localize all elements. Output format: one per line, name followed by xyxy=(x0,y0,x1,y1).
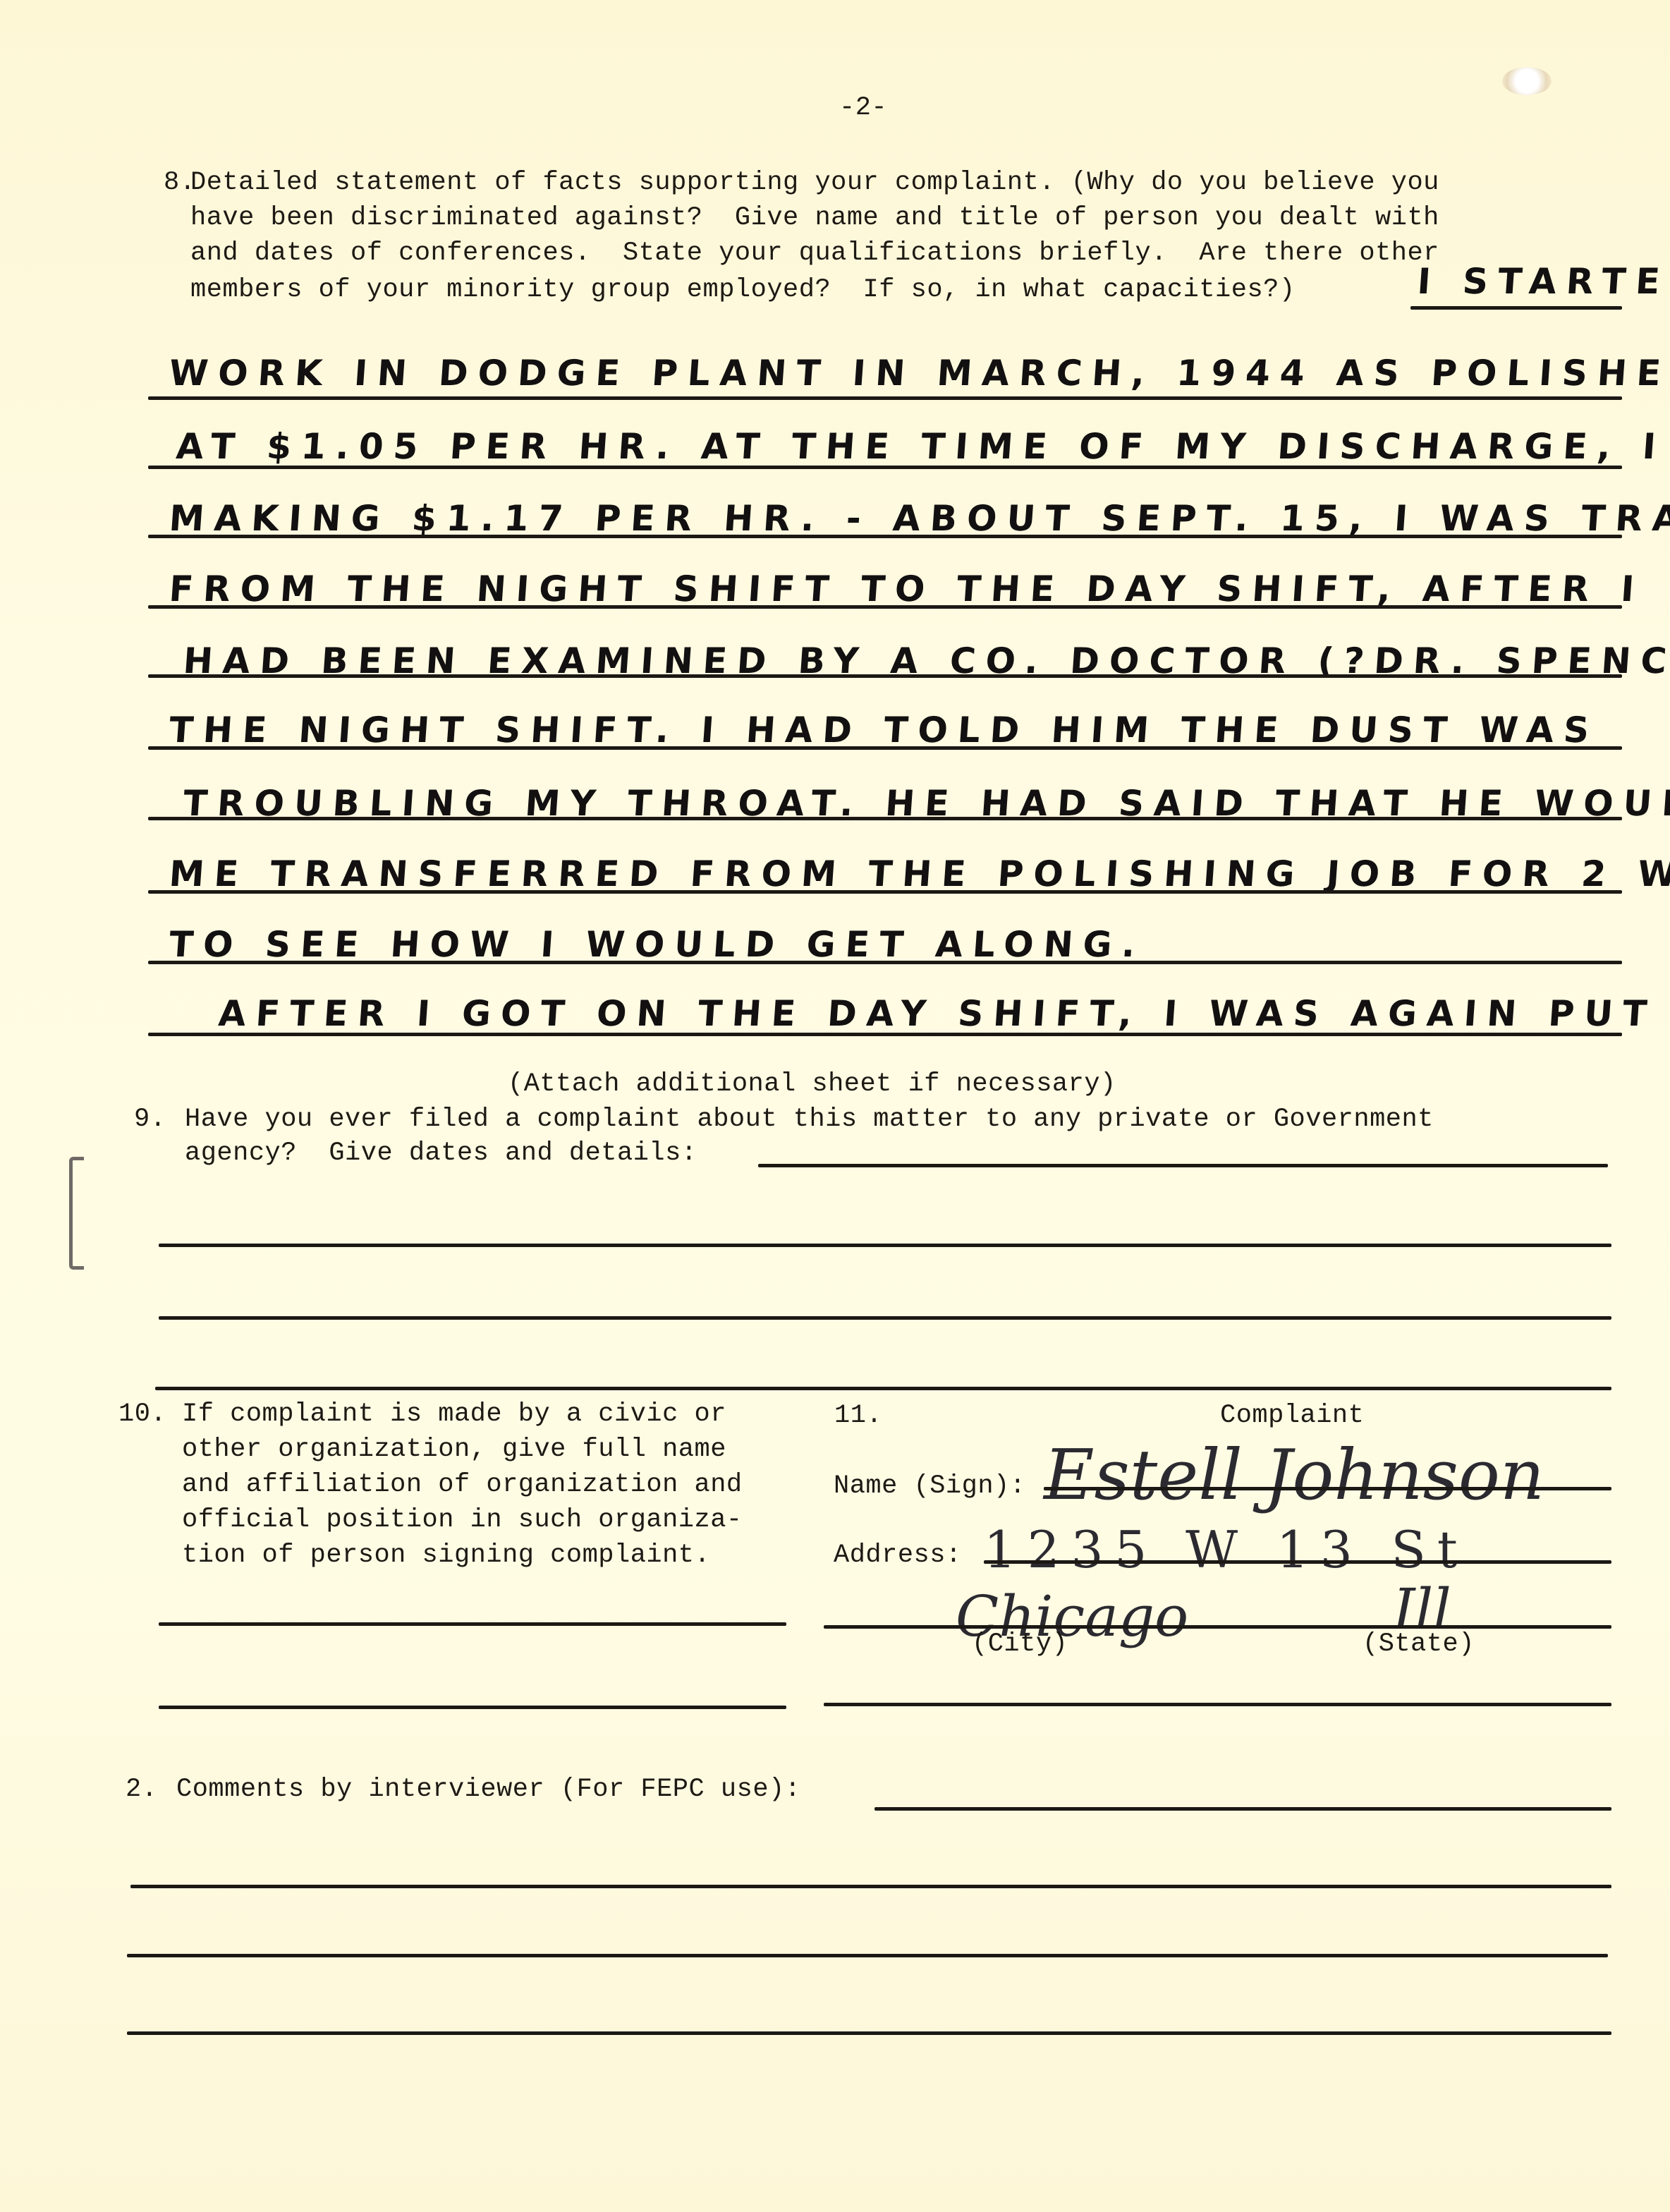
q9-answer-line[interactable] xyxy=(155,1387,1611,1390)
q10-number: 10. xyxy=(118,1397,166,1432)
answer-line xyxy=(148,890,1622,894)
q10-prompt-line-3: and affiliation of organization and xyxy=(182,1467,743,1502)
answer-line xyxy=(148,605,1622,609)
q9-answer-line[interactable] xyxy=(159,1244,1611,1247)
page-number: -2- xyxy=(839,90,887,126)
document-page: -2- 8. Detailed statement of facts suppo… xyxy=(0,0,1670,2212)
q10-answer-line[interactable] xyxy=(159,1706,786,1709)
q8-answer-line-6[interactable]: THE NIGHT SHIFT. I HAD TOLD HIM THE DUST… xyxy=(168,710,1600,750)
address-label: Address: xyxy=(834,1538,962,1573)
q8-answer-start[interactable]: I STARTED xyxy=(1416,261,1670,302)
address-value[interactable]: 1235 W 13 St xyxy=(984,1520,1469,1579)
signature[interactable]: Estell Johnson xyxy=(1044,1435,1544,1516)
answer-line xyxy=(1410,306,1622,310)
q8-answer-line-2[interactable]: AT $1.05 PER HR. AT THE TIME OF MY DISCH… xyxy=(175,426,1670,467)
state-label: (State) xyxy=(1363,1627,1475,1662)
answer-line xyxy=(148,674,1622,678)
answer-line xyxy=(148,817,1622,820)
q9-answer-line[interactable] xyxy=(758,1164,1608,1167)
q9-prompt-line-1: Have you ever filed a complaint about th… xyxy=(185,1102,1434,1137)
q8-answer-line-1[interactable]: WORK IN DODGE PLANT IN MARCH, 1944 AS PO… xyxy=(168,353,1670,394)
q10-answer-line[interactable] xyxy=(159,1622,786,1626)
q8-answer-line-3[interactable]: MAKING $1.17 PER HR. - ABOUT SEPT. 15, I… xyxy=(168,498,1670,539)
q12-answer-line[interactable] xyxy=(130,1885,1611,1888)
q10-prompt-line-2: other organization, give full name xyxy=(182,1432,726,1467)
q8-answer-line-10[interactable]: AFTER I GOT ON THE DAY SHIFT, I WAS AGAI… xyxy=(217,993,1658,1034)
staple-icon xyxy=(69,1157,84,1270)
q12-label: Comments by interviewer (For FEPC use): xyxy=(176,1772,800,1807)
q9-prompt-line-2: agency? Give dates and details: xyxy=(185,1136,697,1171)
attach-note: (Attach additional sheet if necessary) xyxy=(508,1066,1116,1102)
q10-prompt-line-4: official position in such organiza- xyxy=(182,1502,743,1538)
q8-prompt-line-2: have been discriminated against? Give na… xyxy=(190,200,1439,236)
q8-prompt-line-1: Detailed statement of facts supporting y… xyxy=(190,165,1439,200)
answer-line xyxy=(148,535,1622,538)
q11-heading: Complaint xyxy=(1220,1398,1364,1433)
q9-answer-line[interactable] xyxy=(159,1316,1611,1320)
q10-prompt-line-1: If complaint is made by a civic or xyxy=(182,1397,726,1432)
q11-extra-line xyxy=(824,1703,1611,1706)
q12-answer-line[interactable] xyxy=(127,1954,1608,1957)
name-line xyxy=(1044,1487,1611,1490)
answer-line xyxy=(148,961,1622,964)
q12-answer-line[interactable] xyxy=(874,1807,1611,1811)
q11-number: 11. xyxy=(834,1398,882,1433)
q8-answer-line-4[interactable]: FROM THE NIGHT SHIFT TO THE DAY SHIFT, A… xyxy=(168,569,1645,609)
answer-line xyxy=(148,466,1622,469)
city-state-line xyxy=(824,1625,1611,1629)
paper-stain xyxy=(1502,67,1552,95)
answer-line xyxy=(148,1033,1622,1036)
answer-line xyxy=(148,746,1622,750)
q8-answer-line-8[interactable]: ME TRANSFERRED FROM THE POLISHING JOB FO… xyxy=(168,853,1670,894)
q8-prompt-line-4: members of your minority group employed?… xyxy=(190,272,1296,308)
q8-answer-line-9[interactable]: TO SEE HOW I WOULD GET ALONG. xyxy=(168,924,1147,965)
address-line xyxy=(984,1560,1611,1564)
answer-line xyxy=(148,396,1622,400)
q12-number: 2. xyxy=(126,1772,157,1807)
q9-number: 9. xyxy=(134,1102,166,1137)
city-label: (City) xyxy=(972,1627,1068,1662)
q8-prompt-line-3: and dates of conferences. State your qua… xyxy=(190,236,1439,271)
q12-answer-line[interactable] xyxy=(127,2031,1611,2035)
name-sign-label: Name (Sign): xyxy=(834,1469,1025,1504)
q10-prompt-line-5: tion of person signing complaint. xyxy=(182,1538,710,1573)
